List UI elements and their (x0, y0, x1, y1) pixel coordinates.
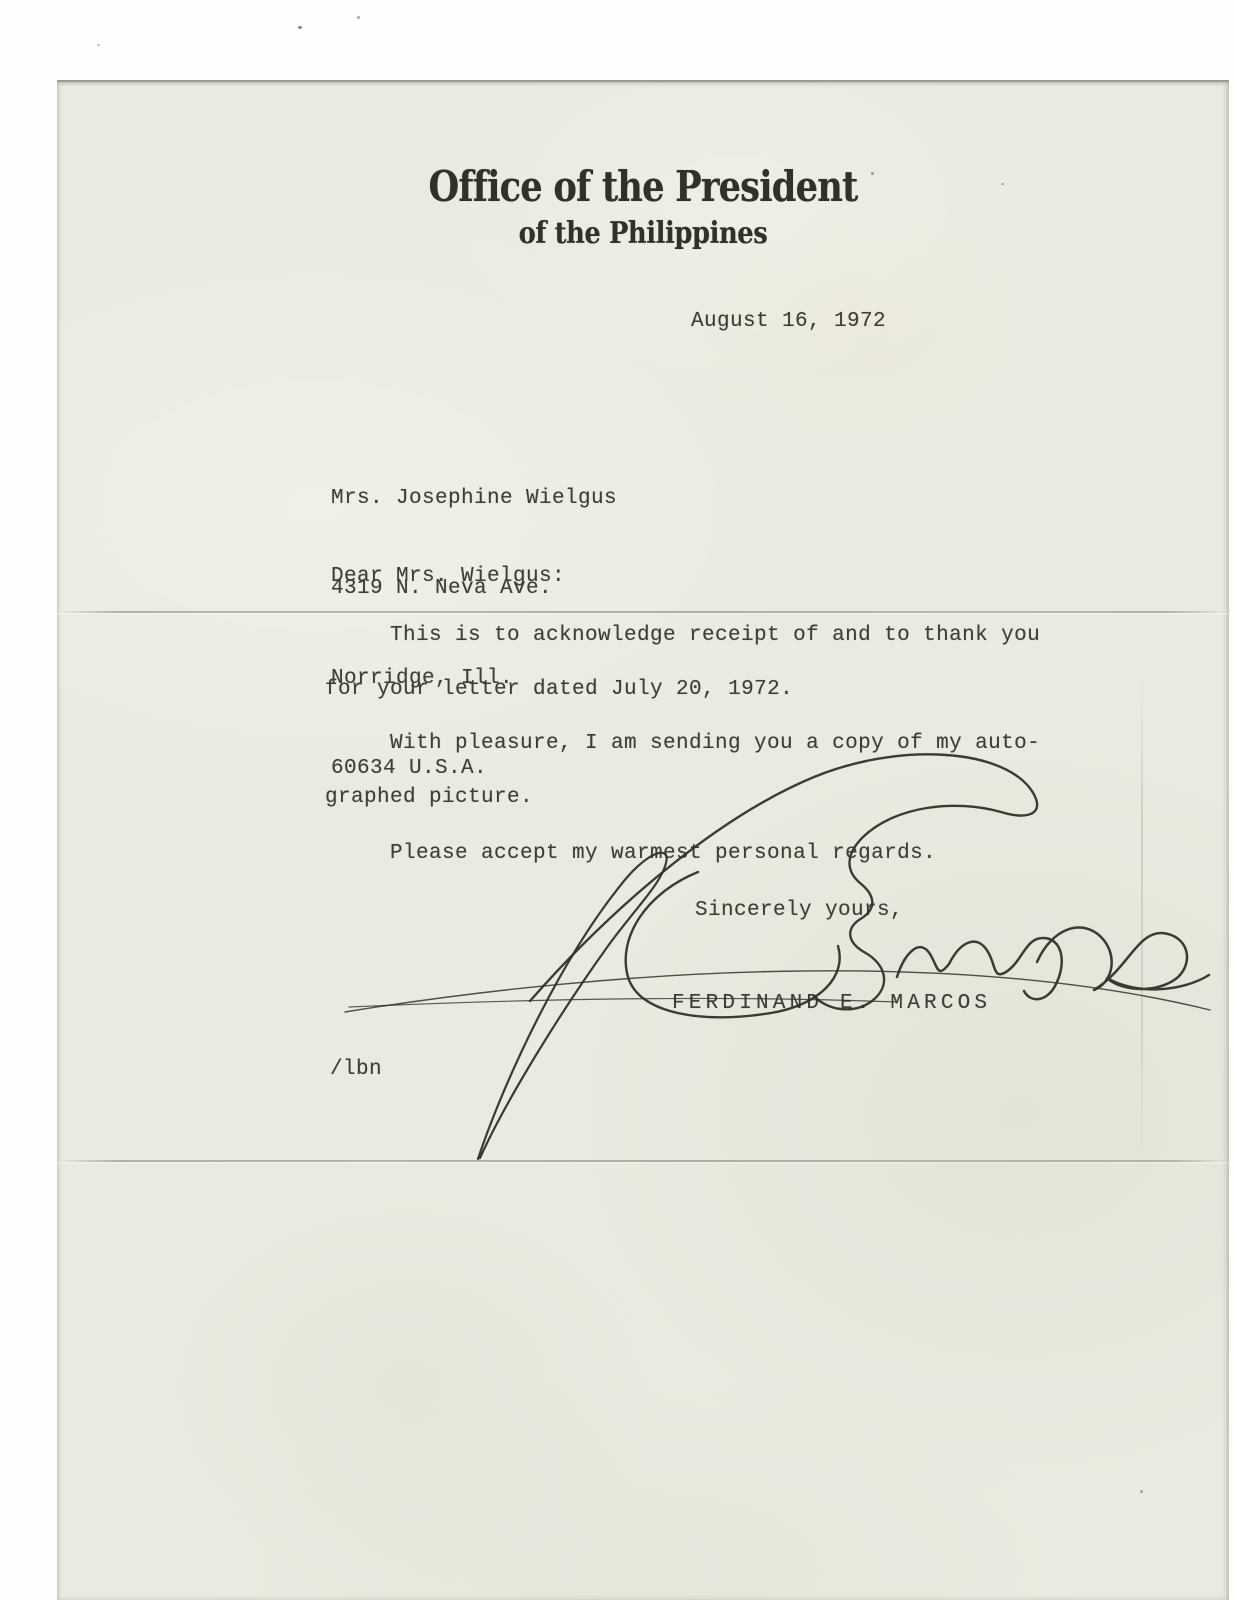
body-line: for your letter dated July 20, 1972. (325, 678, 793, 701)
body-line: With pleasure, I am sending you a copy o… (390, 732, 1040, 755)
letterhead-line1: Office of the President (151, 162, 1135, 211)
valediction: Sincerely yours, (695, 899, 903, 922)
signature-tall-loop (478, 853, 667, 1159)
signature-scrawl-humps (897, 938, 1062, 999)
body-line: This is to acknowledge receipt of and to… (390, 624, 1040, 647)
paper-speck (871, 172, 874, 175)
paper-speck (1001, 183, 1004, 185)
paper-speck (1140, 1490, 1143, 1493)
salutation: Dear Mrs. Wielgus: (331, 565, 565, 588)
dust-speck (357, 16, 360, 19)
body-line: Please accept my warmest personal regard… (390, 842, 936, 865)
body-line: graphed picture. (325, 786, 533, 809)
fold-crease-upper (57, 611, 1229, 613)
signer-typed-name: FERDINAND E. MARCOS (672, 992, 991, 1015)
side-crease (1141, 670, 1143, 1170)
scanned-letter: Office of the President of the Philippin… (0, 0, 1236, 1600)
typist-initials: /lbn (330, 1058, 382, 1081)
dust-speck (298, 26, 302, 29)
letter-date: August 16, 1972 (691, 310, 886, 333)
dust-speck (97, 44, 100, 46)
letterhead-line2: of the Philippines (139, 216, 1147, 251)
signature-scrawl-loops (1037, 927, 1209, 990)
letter-paper: Office of the President of the Philippin… (57, 80, 1229, 1600)
fold-crease-lower (57, 1160, 1229, 1162)
marcos-signature (57, 80, 1229, 1600)
recipient-zip: 60634 U.S.A. (331, 754, 617, 784)
recipient-name: Mrs. Josephine Wielgus (331, 484, 617, 514)
